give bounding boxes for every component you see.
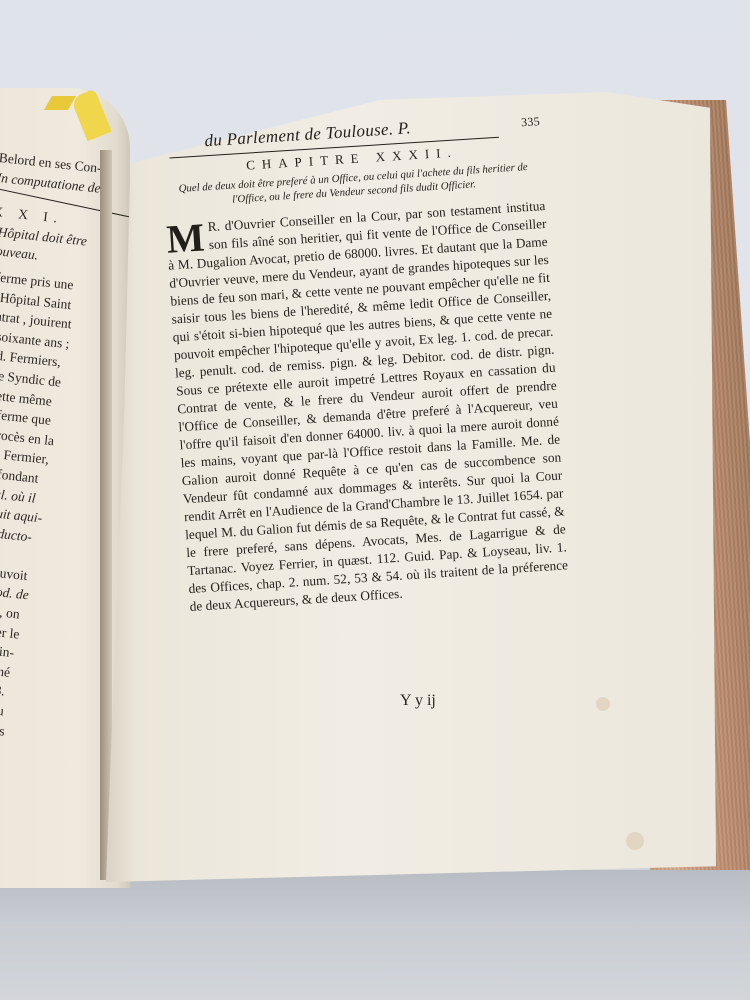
photo-scene: Belord en ses Con- In computatione de X … [0,0,750,1000]
body-paragraph: R. d'Ouvrier Conseiller en la Cour, par … [168,198,569,614]
table-surface [0,870,750,1000]
signature-mark: Y y ij [400,692,436,710]
drop-cap: M [166,220,206,256]
chapter-body: M R. d'Ouvrier Conseiller en la Cour, pa… [165,197,569,616]
paper-stain [626,832,644,850]
paper-stain [596,697,610,711]
right-page-text: du Parlement de Toulouse. P. 335 CHAPITR… [160,110,570,616]
page-number: 335 [521,114,541,130]
book-gutter [100,150,112,880]
